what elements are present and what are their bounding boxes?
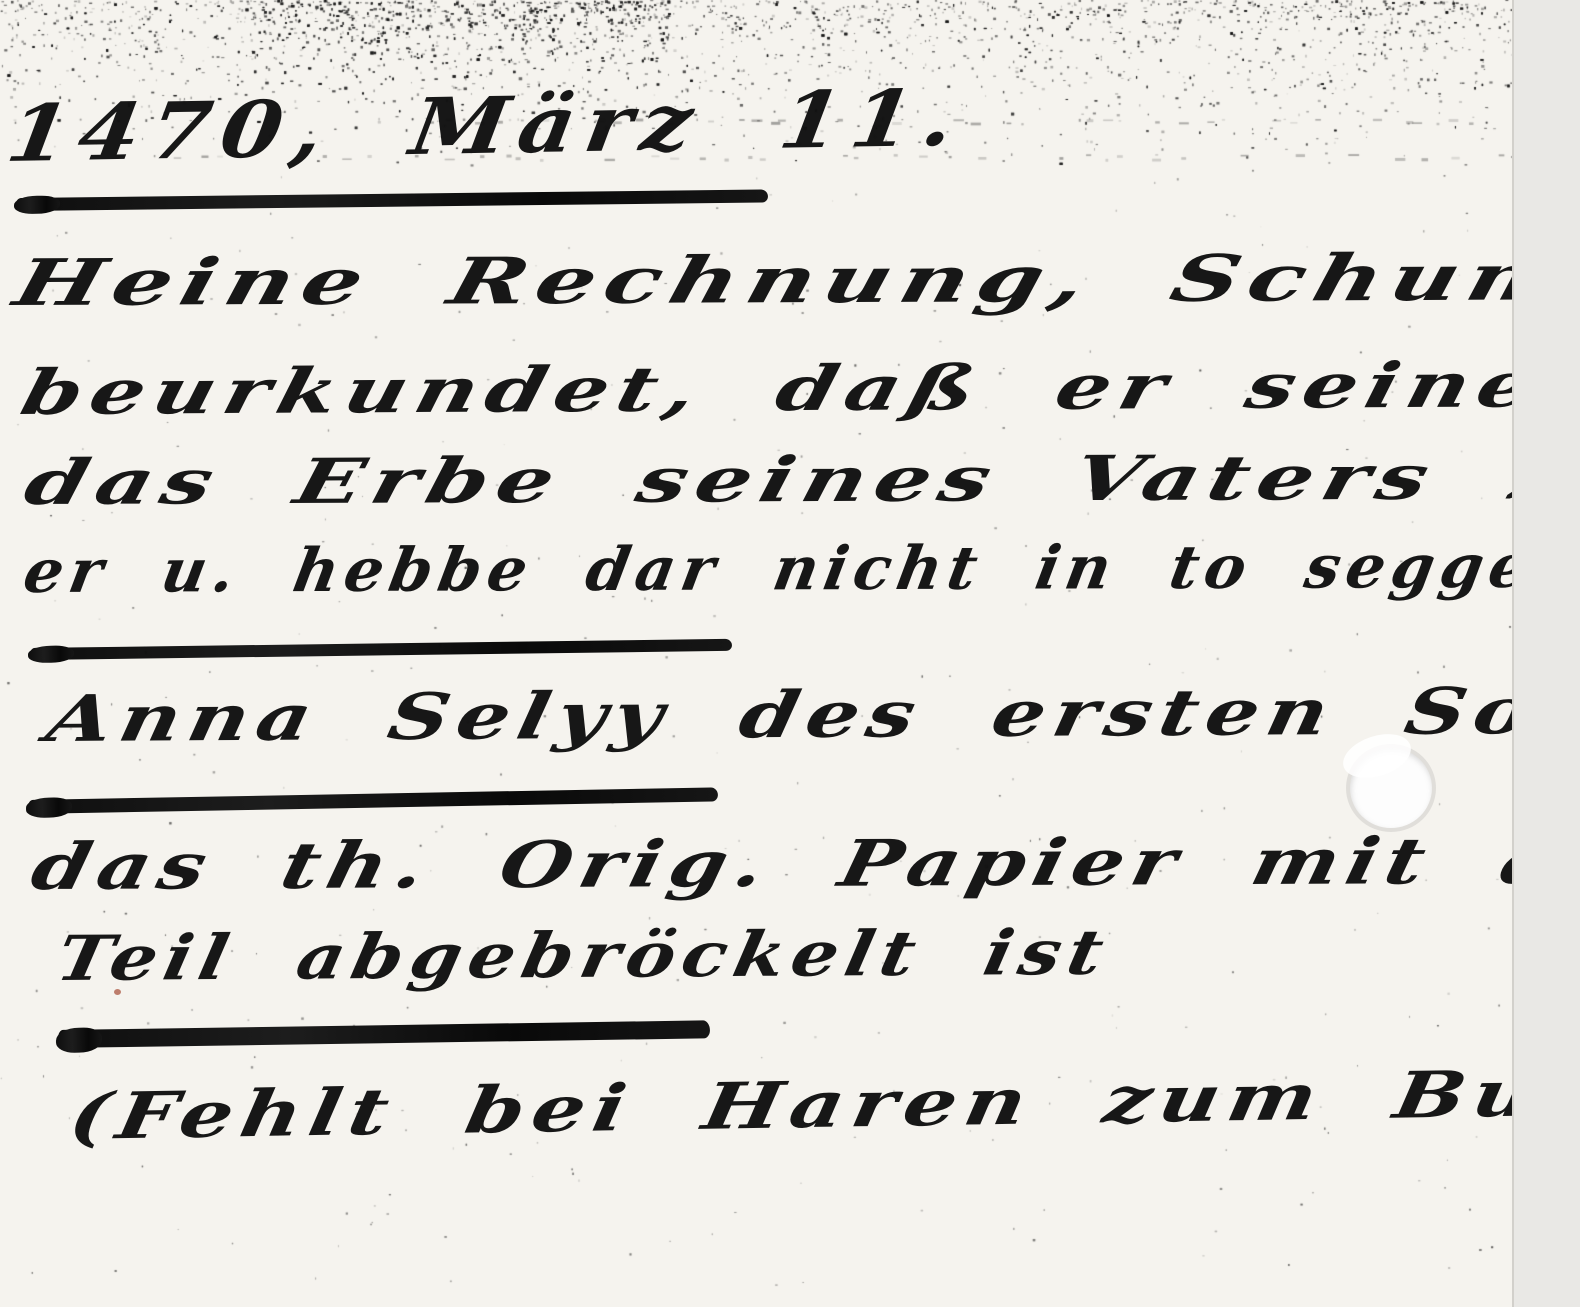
hand-drawn-divider (28, 787, 718, 814)
scanned-document-page: 1470, März 11. Heine Rechnung, Schumache… (0, 0, 1580, 1307)
handwritten-line: das Erbe seines Vaters zu (19, 446, 1580, 514)
heading-underline (16, 189, 768, 211)
handwritten-line: Heine Rechnung, Schumacher (8, 245, 1580, 316)
scan-edge-strip (1512, 0, 1580, 1307)
handwritten-line: das th. Orig. Papier mit aufg (26, 829, 1580, 900)
hand-drawn-divider (30, 639, 732, 660)
red-ink-speck (114, 989, 121, 995)
handwritten-line: beurkundet, daß er seinem (16, 354, 1580, 424)
handwritten-line: Teil abgebröckelt ist (52, 922, 1116, 990)
handwritten-line-anna: Anna Selyy des ersten Sonderg (41, 678, 1580, 752)
handwritten-note-line: (Fehlt bei Haren zum Buchen (65, 1058, 1580, 1150)
hand-drawn-divider (58, 1020, 710, 1048)
hole-punch (1350, 748, 1432, 828)
date-heading: 1470, März 11. (2, 80, 969, 174)
handwritten-line: er u. hebbe dar nicht in to seggende: (19, 536, 1580, 602)
